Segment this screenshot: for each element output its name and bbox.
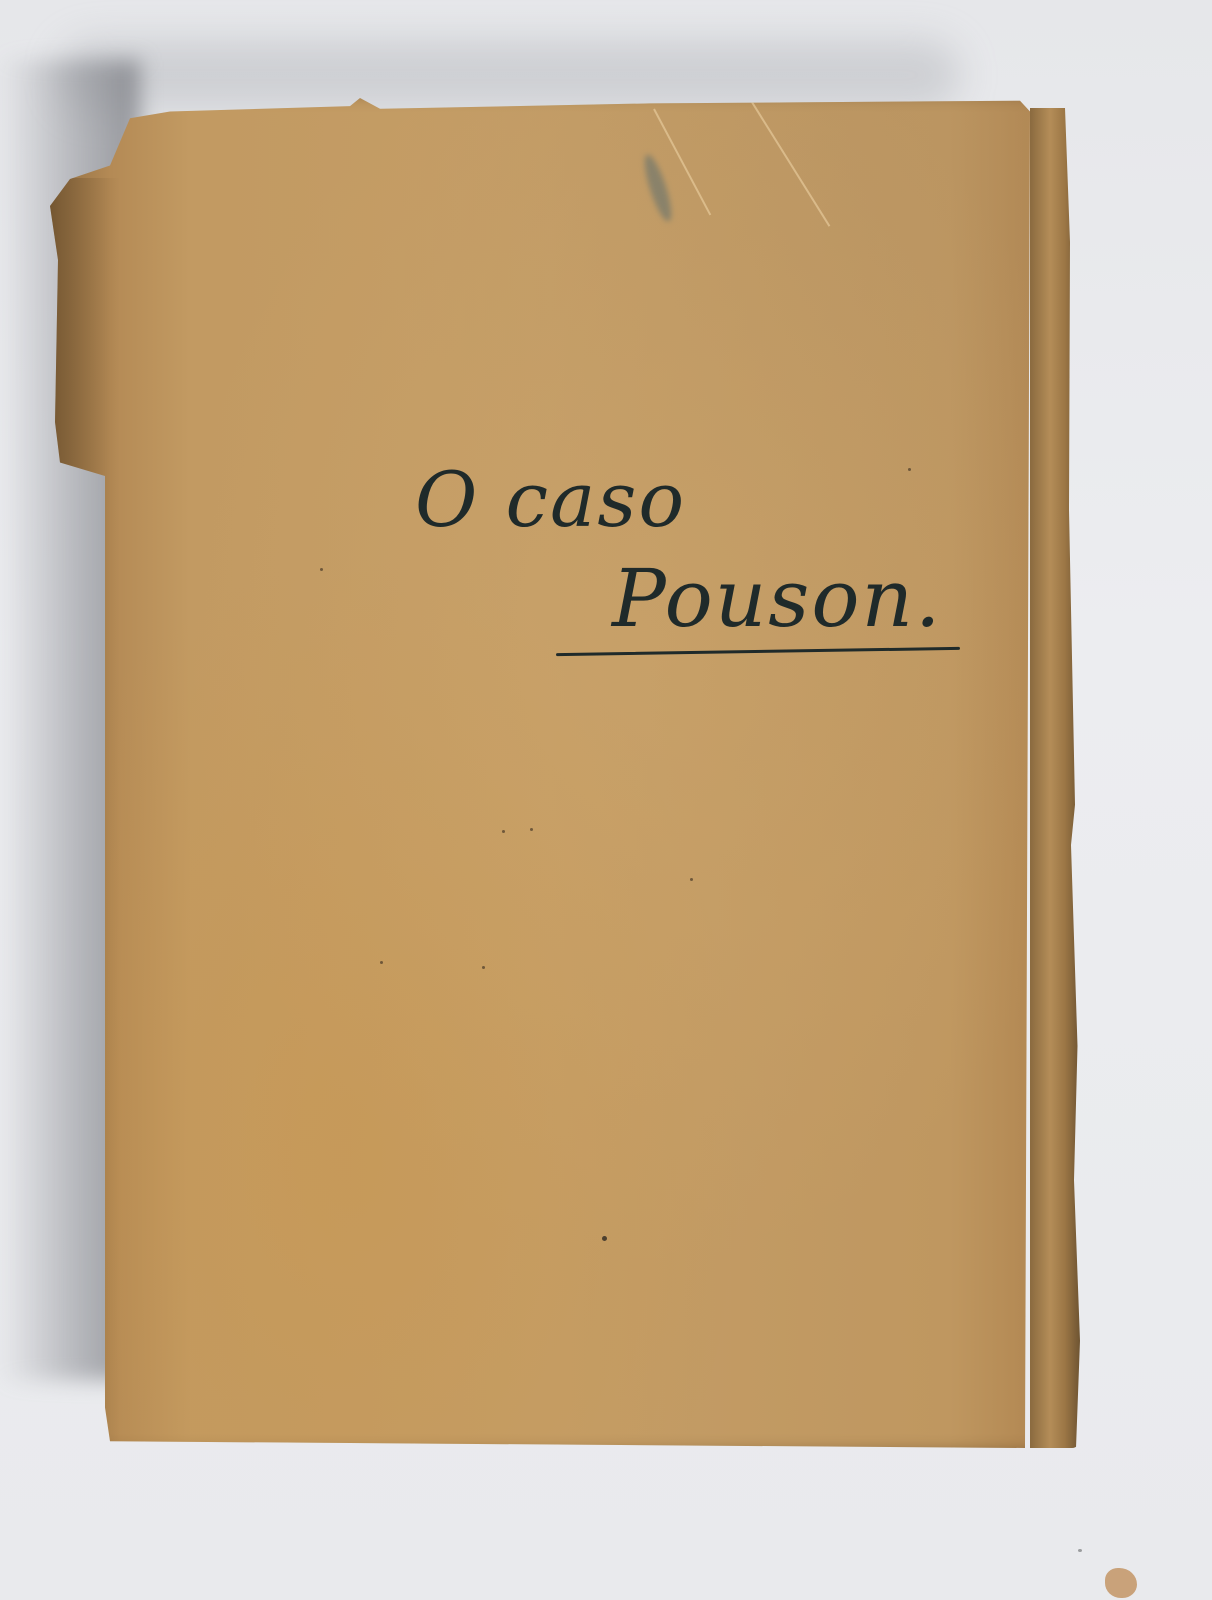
kraft-paper-cover — [50, 98, 1050, 1448]
ink-smudge — [640, 152, 677, 224]
paper-crumb — [1105, 1568, 1137, 1598]
paper-speck — [502, 830, 505, 833]
paper-speck — [482, 966, 485, 969]
paper-speck — [908, 468, 911, 471]
paper-speck — [602, 1236, 607, 1241]
paper-crease — [749, 98, 830, 226]
paper-speck — [320, 568, 323, 571]
spine-fold-shading — [50, 178, 120, 1448]
book-page-block-edge — [1030, 108, 1080, 1448]
paper-speck — [530, 828, 533, 831]
paper-speck — [380, 961, 383, 964]
paper-speck — [690, 878, 693, 881]
book — [50, 98, 1080, 1456]
dust-speck — [1078, 1549, 1082, 1552]
